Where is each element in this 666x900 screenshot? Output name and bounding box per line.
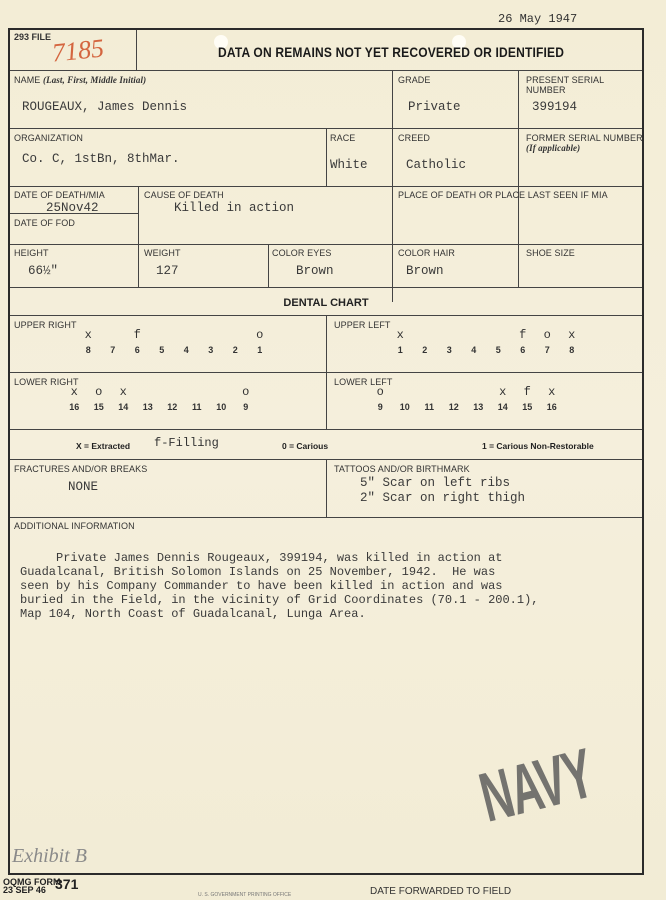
color-hair-value: Brown <box>406 264 444 278</box>
lower-left-teeth: 910111213141516 <box>368 402 564 412</box>
tattoos-label: TATTOOS AND/OR BIRTHMARK <box>334 464 470 474</box>
name-label: NAME (Last, First, Middle Initial) <box>14 75 146 85</box>
color-eyes-label: COLOR EYES <box>272 248 332 258</box>
navy-stamp: NAVY <box>472 733 600 838</box>
fractures-value: NONE <box>68 480 98 494</box>
legend-carious: 0 = Carious <box>282 441 328 451</box>
grade-label: GRADE <box>398 75 431 85</box>
tattoo-line-1: 5" Scar on left ribs <box>360 476 510 490</box>
race-label: RACE <box>330 133 355 143</box>
shoe-size-label: SHOE SIZE <box>526 248 575 258</box>
date-of-death-label: DATE OF DEATH/MIA <box>14 190 105 200</box>
exhibit-annotation: Exhibit B <box>12 845 87 868</box>
form-id: OQMG FORM 23 SEP 46 371 <box>3 878 61 894</box>
upper-right-marks: xfo <box>76 328 272 342</box>
weight-value: 127 <box>156 264 179 278</box>
lower-right-marks: xoxo <box>62 385 258 399</box>
printer-line: U. S. GOVERNMENT PRINTING OFFICE <box>198 892 291 898</box>
legend-non-restorable: 1 = Carious Non-Restorable <box>482 441 594 451</box>
weight-label: WEIGHT <box>144 248 181 258</box>
cause-of-death-label: CAUSE OF DEATH <box>144 190 224 200</box>
lower-left-marks: oxfx <box>368 385 564 399</box>
additional-info-text: Private James Dennis Rougeaux, 399194, w… <box>20 551 640 621</box>
upper-right-teeth: 87654321 <box>76 345 272 355</box>
tattoo-line-2: 2" Scar on right thigh <box>360 491 525 505</box>
upper-left-teeth: 12345678 <box>388 345 584 355</box>
grade-value: Private <box>408 100 461 114</box>
present-serial-label: PRESENT SERIAL NUMBER <box>526 75 626 95</box>
upper-left-marks: xfox <box>388 328 584 342</box>
race-value: White <box>330 158 368 172</box>
lower-right-teeth: 161514131211109 <box>62 402 258 412</box>
place-of-death-label: PLACE OF DEATH OR PLACE LAST SEEN IF MIA <box>398 190 608 200</box>
name-value: ROUGEAUX, James Dennis <box>22 100 187 114</box>
organization-label: ORGANIZATION <box>14 133 83 143</box>
fractures-label: FRACTURES AND/OR BREAKS <box>14 464 147 474</box>
date-forwarded-label: DATE FORWARDED TO FIELD <box>370 886 511 897</box>
file-label: 293 FILE <box>14 32 51 42</box>
height-label: HEIGHT <box>14 248 49 258</box>
cause-of-death-value: Killed in action <box>174 201 294 215</box>
legend-extracted: X = Extracted <box>76 441 130 451</box>
creed-label: CREED <box>398 133 430 143</box>
legend-filling: f-Filling <box>154 436 219 450</box>
former-serial-label: FORMER SERIAL NUMBER (If applicable) <box>526 133 646 153</box>
additional-info-label: ADDITIONAL INFORMATION <box>14 521 135 531</box>
upper-left-label: UPPER LEFT <box>334 320 391 330</box>
dental-chart-title: DENTAL CHART <box>10 297 642 309</box>
date-of-fod-label: DATE OF FOD <box>14 218 75 228</box>
organization-value: Co. C, 1stBn, 8thMar. <box>22 152 180 166</box>
upper-right-label: UPPER RIGHT <box>14 320 77 330</box>
color-hair-label: COLOR HAIR <box>398 248 455 258</box>
present-serial-value: 399194 <box>532 100 577 114</box>
stamp-date: 26 May 1947 <box>498 12 577 26</box>
form-title: DATA ON REMAINS NOT YET RECOVERED OR IDE… <box>218 44 564 60</box>
form-frame: 293 FILE 7185 DATA ON REMAINS NOT YET RE… <box>8 28 644 875</box>
color-eyes-value: Brown <box>296 264 334 278</box>
creed-value: Catholic <box>406 158 466 172</box>
file-number: 7185 <box>51 33 106 68</box>
height-value: 66½" <box>28 264 58 278</box>
